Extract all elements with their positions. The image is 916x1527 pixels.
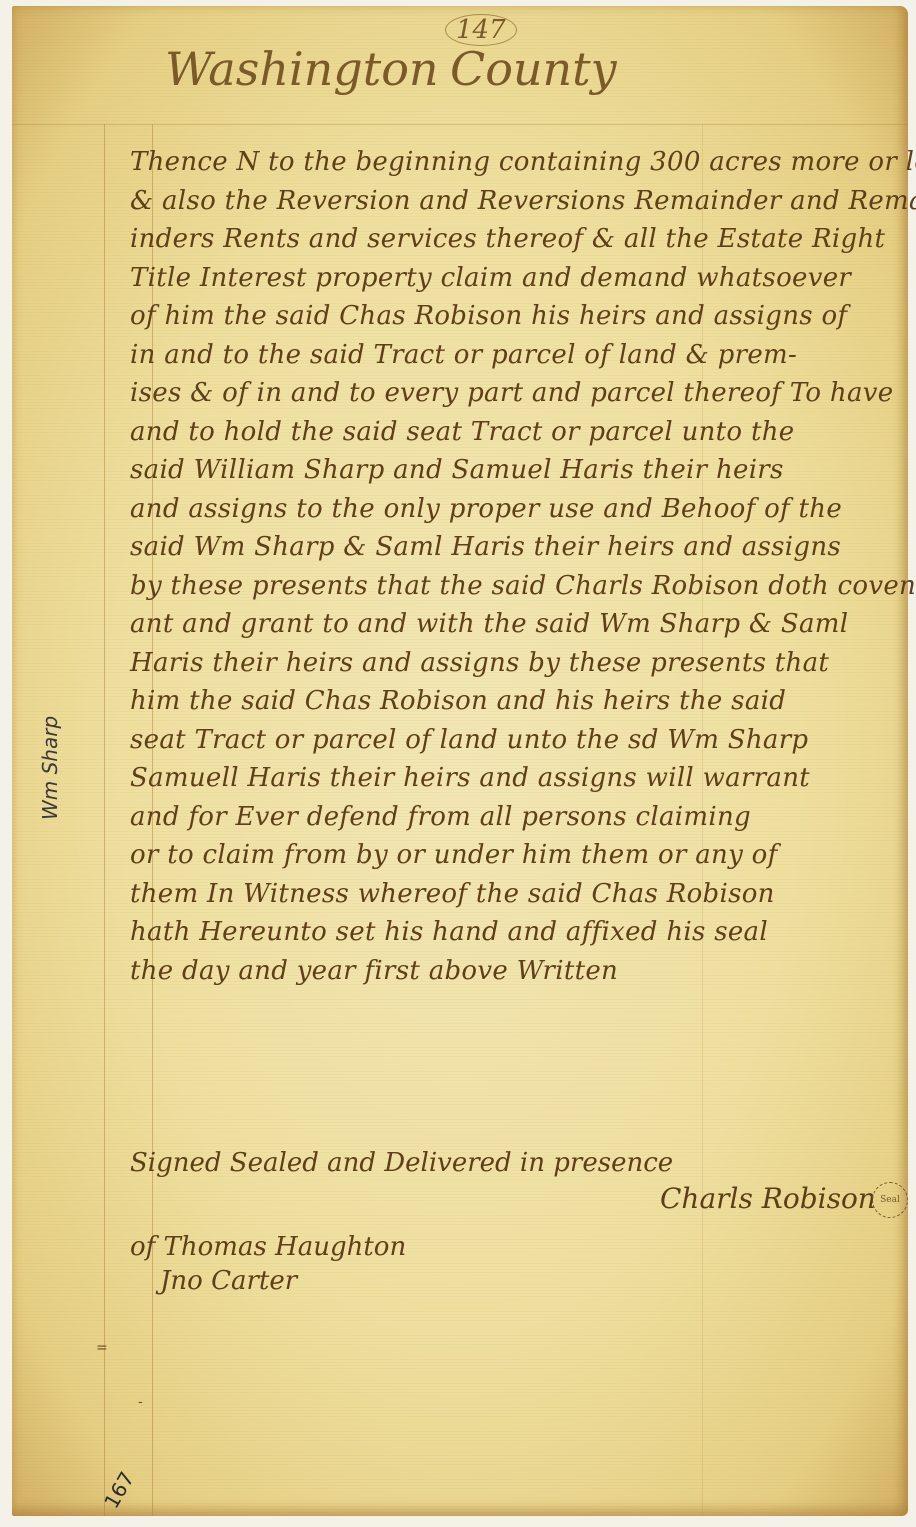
signed-sealed-delivered-line: Signed Sealed and Delivered in presence bbox=[130, 1148, 673, 1178]
deed-line: Samuell Haris their heirs and assigns wi… bbox=[130, 759, 910, 798]
deed-line: of him the said Chas Robison his heirs a… bbox=[130, 297, 910, 336]
ink-tick-mark: = bbox=[96, 1340, 108, 1356]
header-county-word: County bbox=[450, 42, 617, 96]
witness-2-name: Jno Carter bbox=[160, 1266, 297, 1296]
header-county-name: Washington bbox=[165, 42, 439, 96]
margin-pencil-note: Wm Sharp bbox=[38, 716, 62, 820]
page-header: Washington 147 County bbox=[145, 20, 665, 110]
deed-line: Title Interest property claim and demand… bbox=[130, 259, 910, 298]
deed-line: said William Sharp and Samuel Haris thei… bbox=[130, 451, 910, 490]
deed-line: said Wm Sharp & Saml Haris their heirs a… bbox=[130, 528, 910, 567]
deed-line: the day and year first above Written bbox=[130, 952, 910, 991]
deed-body-text: Thence N to the beginning containing 300… bbox=[130, 143, 910, 990]
header-rule bbox=[12, 124, 908, 125]
deed-line: in and to the said Tract or parcel of la… bbox=[130, 336, 910, 375]
ink-tick-mark: - bbox=[138, 1394, 143, 1410]
deed-line: ises & of in and to every part and parce… bbox=[130, 374, 910, 413]
deed-line: and assigns to the only proper use and B… bbox=[130, 490, 910, 529]
deed-line: and for Ever defend from all persons cla… bbox=[130, 798, 910, 837]
deed-line: and to hold the said seat Tract or parce… bbox=[130, 413, 910, 452]
deed-line: by these presents that the said Charls R… bbox=[130, 567, 910, 606]
attestation-block: Signed Sealed and Delivered in presence … bbox=[130, 1148, 910, 1278]
witness-1-name: Thomas Haughton bbox=[164, 1232, 407, 1262]
deed-line: Haris their heirs and assigns by these p… bbox=[130, 644, 910, 683]
witness-prefix: of bbox=[130, 1232, 155, 1262]
grantor-signature: Charls Robison bbox=[660, 1182, 876, 1215]
deed-line: seat Tract or parcel of land unto the sd… bbox=[130, 721, 910, 760]
deed-line: & also the Reversion and Reversions Rema… bbox=[130, 182, 910, 221]
deed-line: ant and grant to and with the said Wm Sh… bbox=[130, 605, 910, 644]
deed-line: hath Hereunto set his hand and affixed h… bbox=[130, 913, 910, 952]
witness-1: of Thomas Haughton bbox=[130, 1232, 406, 1262]
deed-line: inders Rents and services thereof & all … bbox=[130, 220, 910, 259]
deed-line: or to claim from by or under him them or… bbox=[130, 836, 910, 875]
deed-line: Thence N to the beginning containing 300… bbox=[130, 143, 910, 182]
deed-line: them In Witness whereof the said Chas Ro… bbox=[130, 875, 910, 914]
margin-rule-left bbox=[104, 124, 105, 1516]
deed-line: him the said Chas Robison and his heirs … bbox=[130, 682, 910, 721]
seal-icon: Seal bbox=[872, 1182, 908, 1218]
